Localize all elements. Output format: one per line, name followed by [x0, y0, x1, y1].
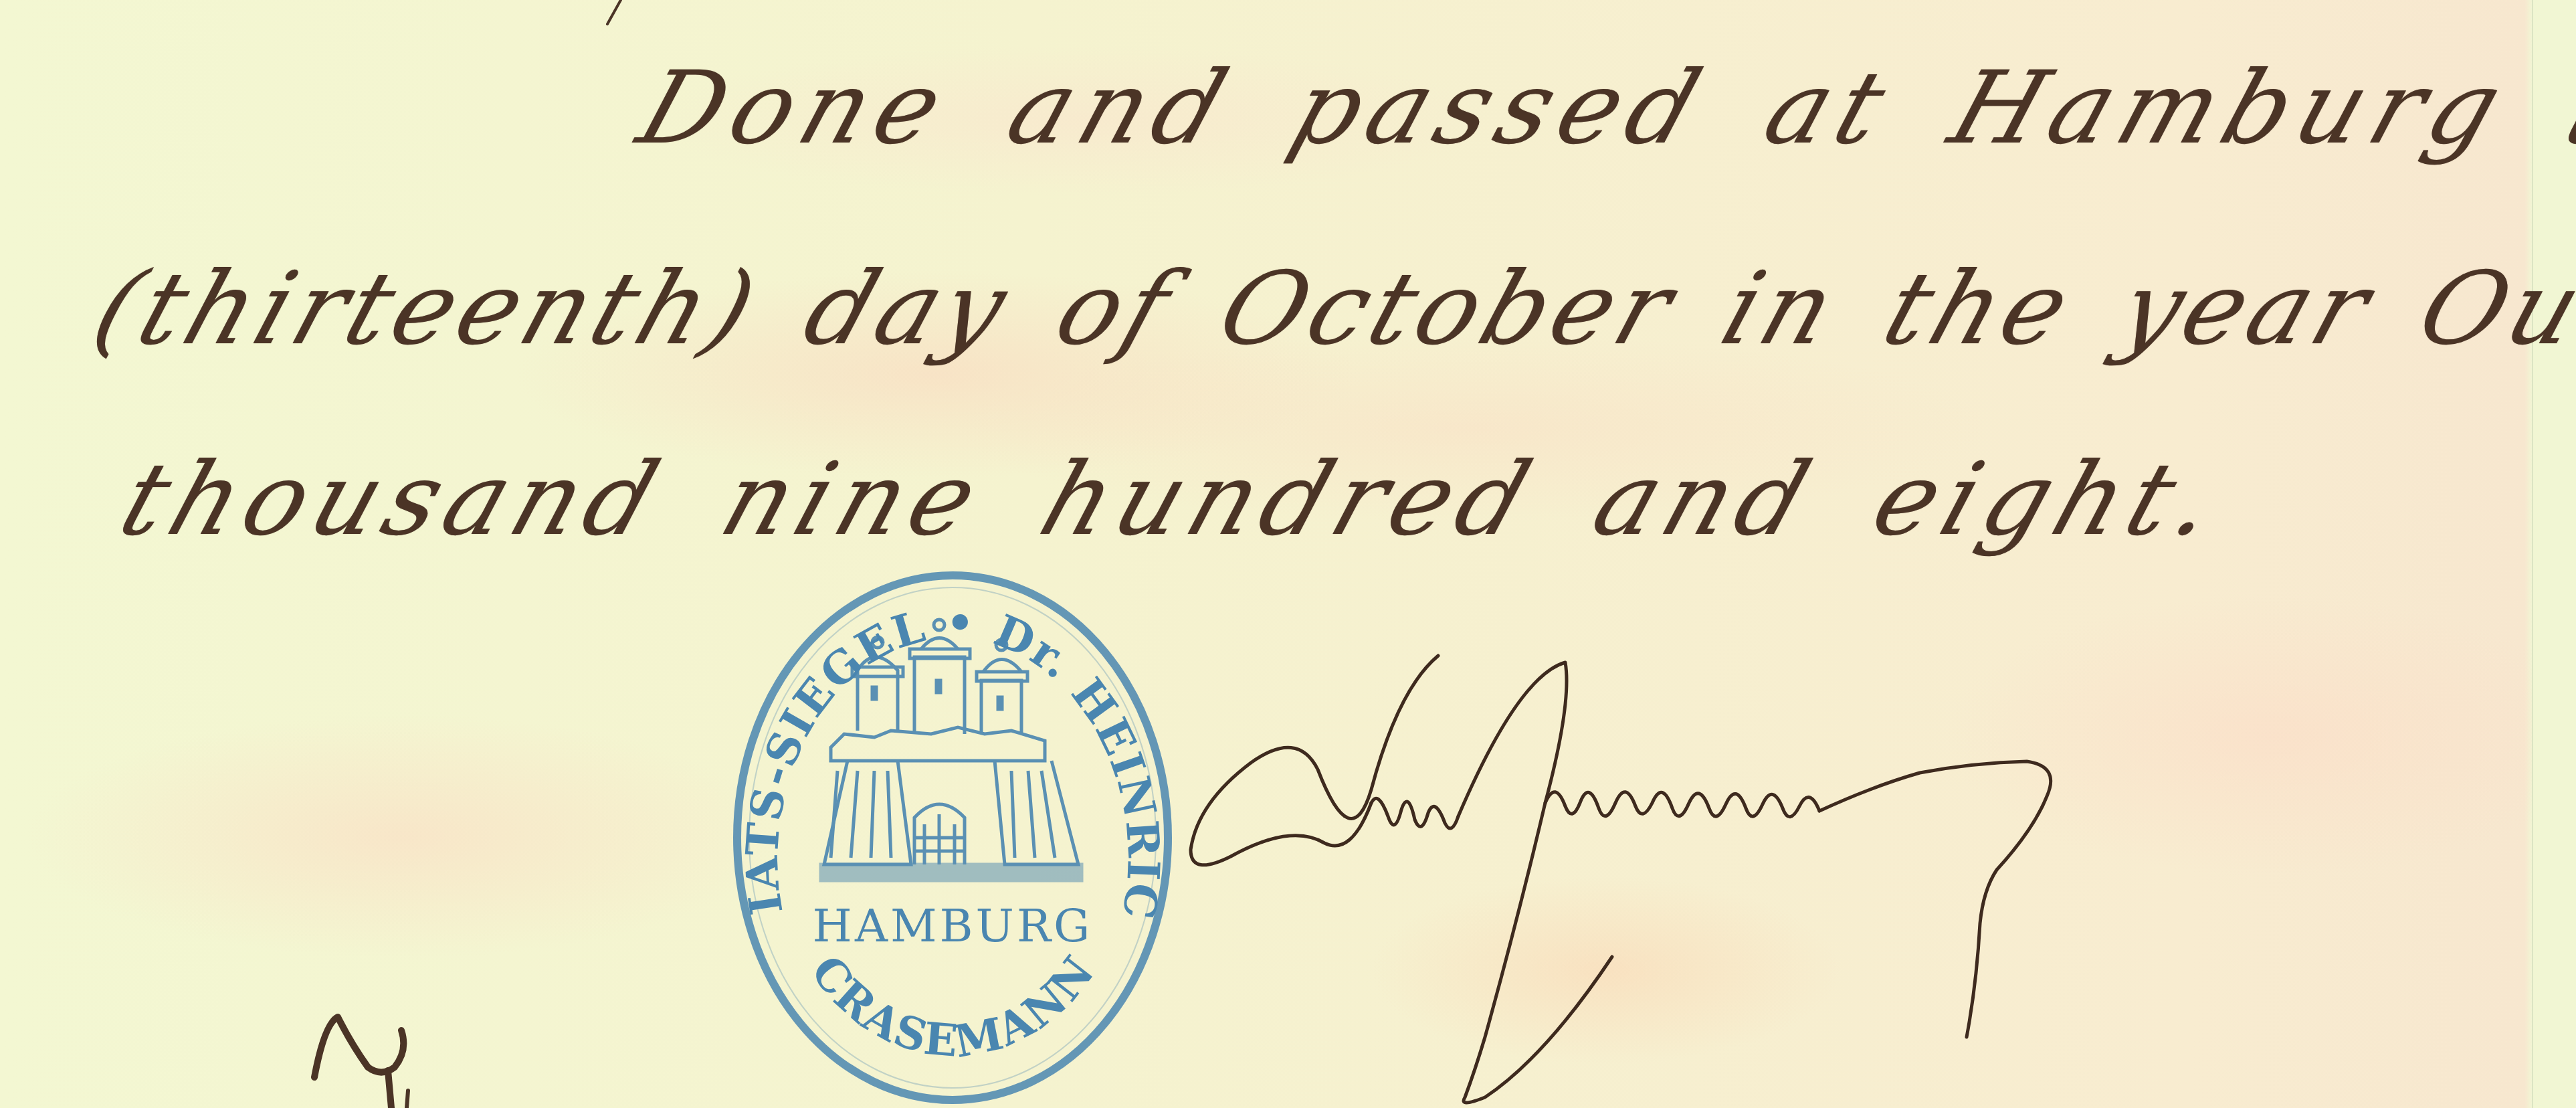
handwritten-mark-icon [294, 997, 428, 1108]
line-1-text: Done and passed at Hamburg the 13 [625, 50, 2576, 167]
line-3-text: thousand nine hundred and eight. [107, 442, 2238, 558]
seal-ring-text-bottom: CRASEMANN [801, 945, 1105, 1068]
text-line-3: thousand nine hundred and eight. [107, 442, 2238, 558]
signature-stroke-icon [1171, 636, 2442, 1108]
notary-signature: Signature of notary [1171, 636, 2442, 1108]
text-line-1: Done and passed at Hamburg the 13th. [625, 50, 2576, 167]
text-line-2: (thirteenth) day of October in the year … [80, 251, 2576, 367]
seal-center-text: HAMBURG [813, 900, 1093, 953]
previous-line-stroke [602, 0, 622, 27]
seal-stamp-icon: NOTARIATS-SIEGEL • Dr. HEINRICH MAX CRAS… [730, 570, 1175, 1105]
ink-stroke-icon [602, 0, 622, 27]
marginal-initial-mark: Marginal mark [294, 997, 428, 1108]
line-2-text: (thirteenth) day of October in the year … [80, 251, 2576, 367]
notary-seal: NOTARIATS-SIEGEL • Dr. HEINRICH MAX CRAS… [730, 570, 1175, 1105]
